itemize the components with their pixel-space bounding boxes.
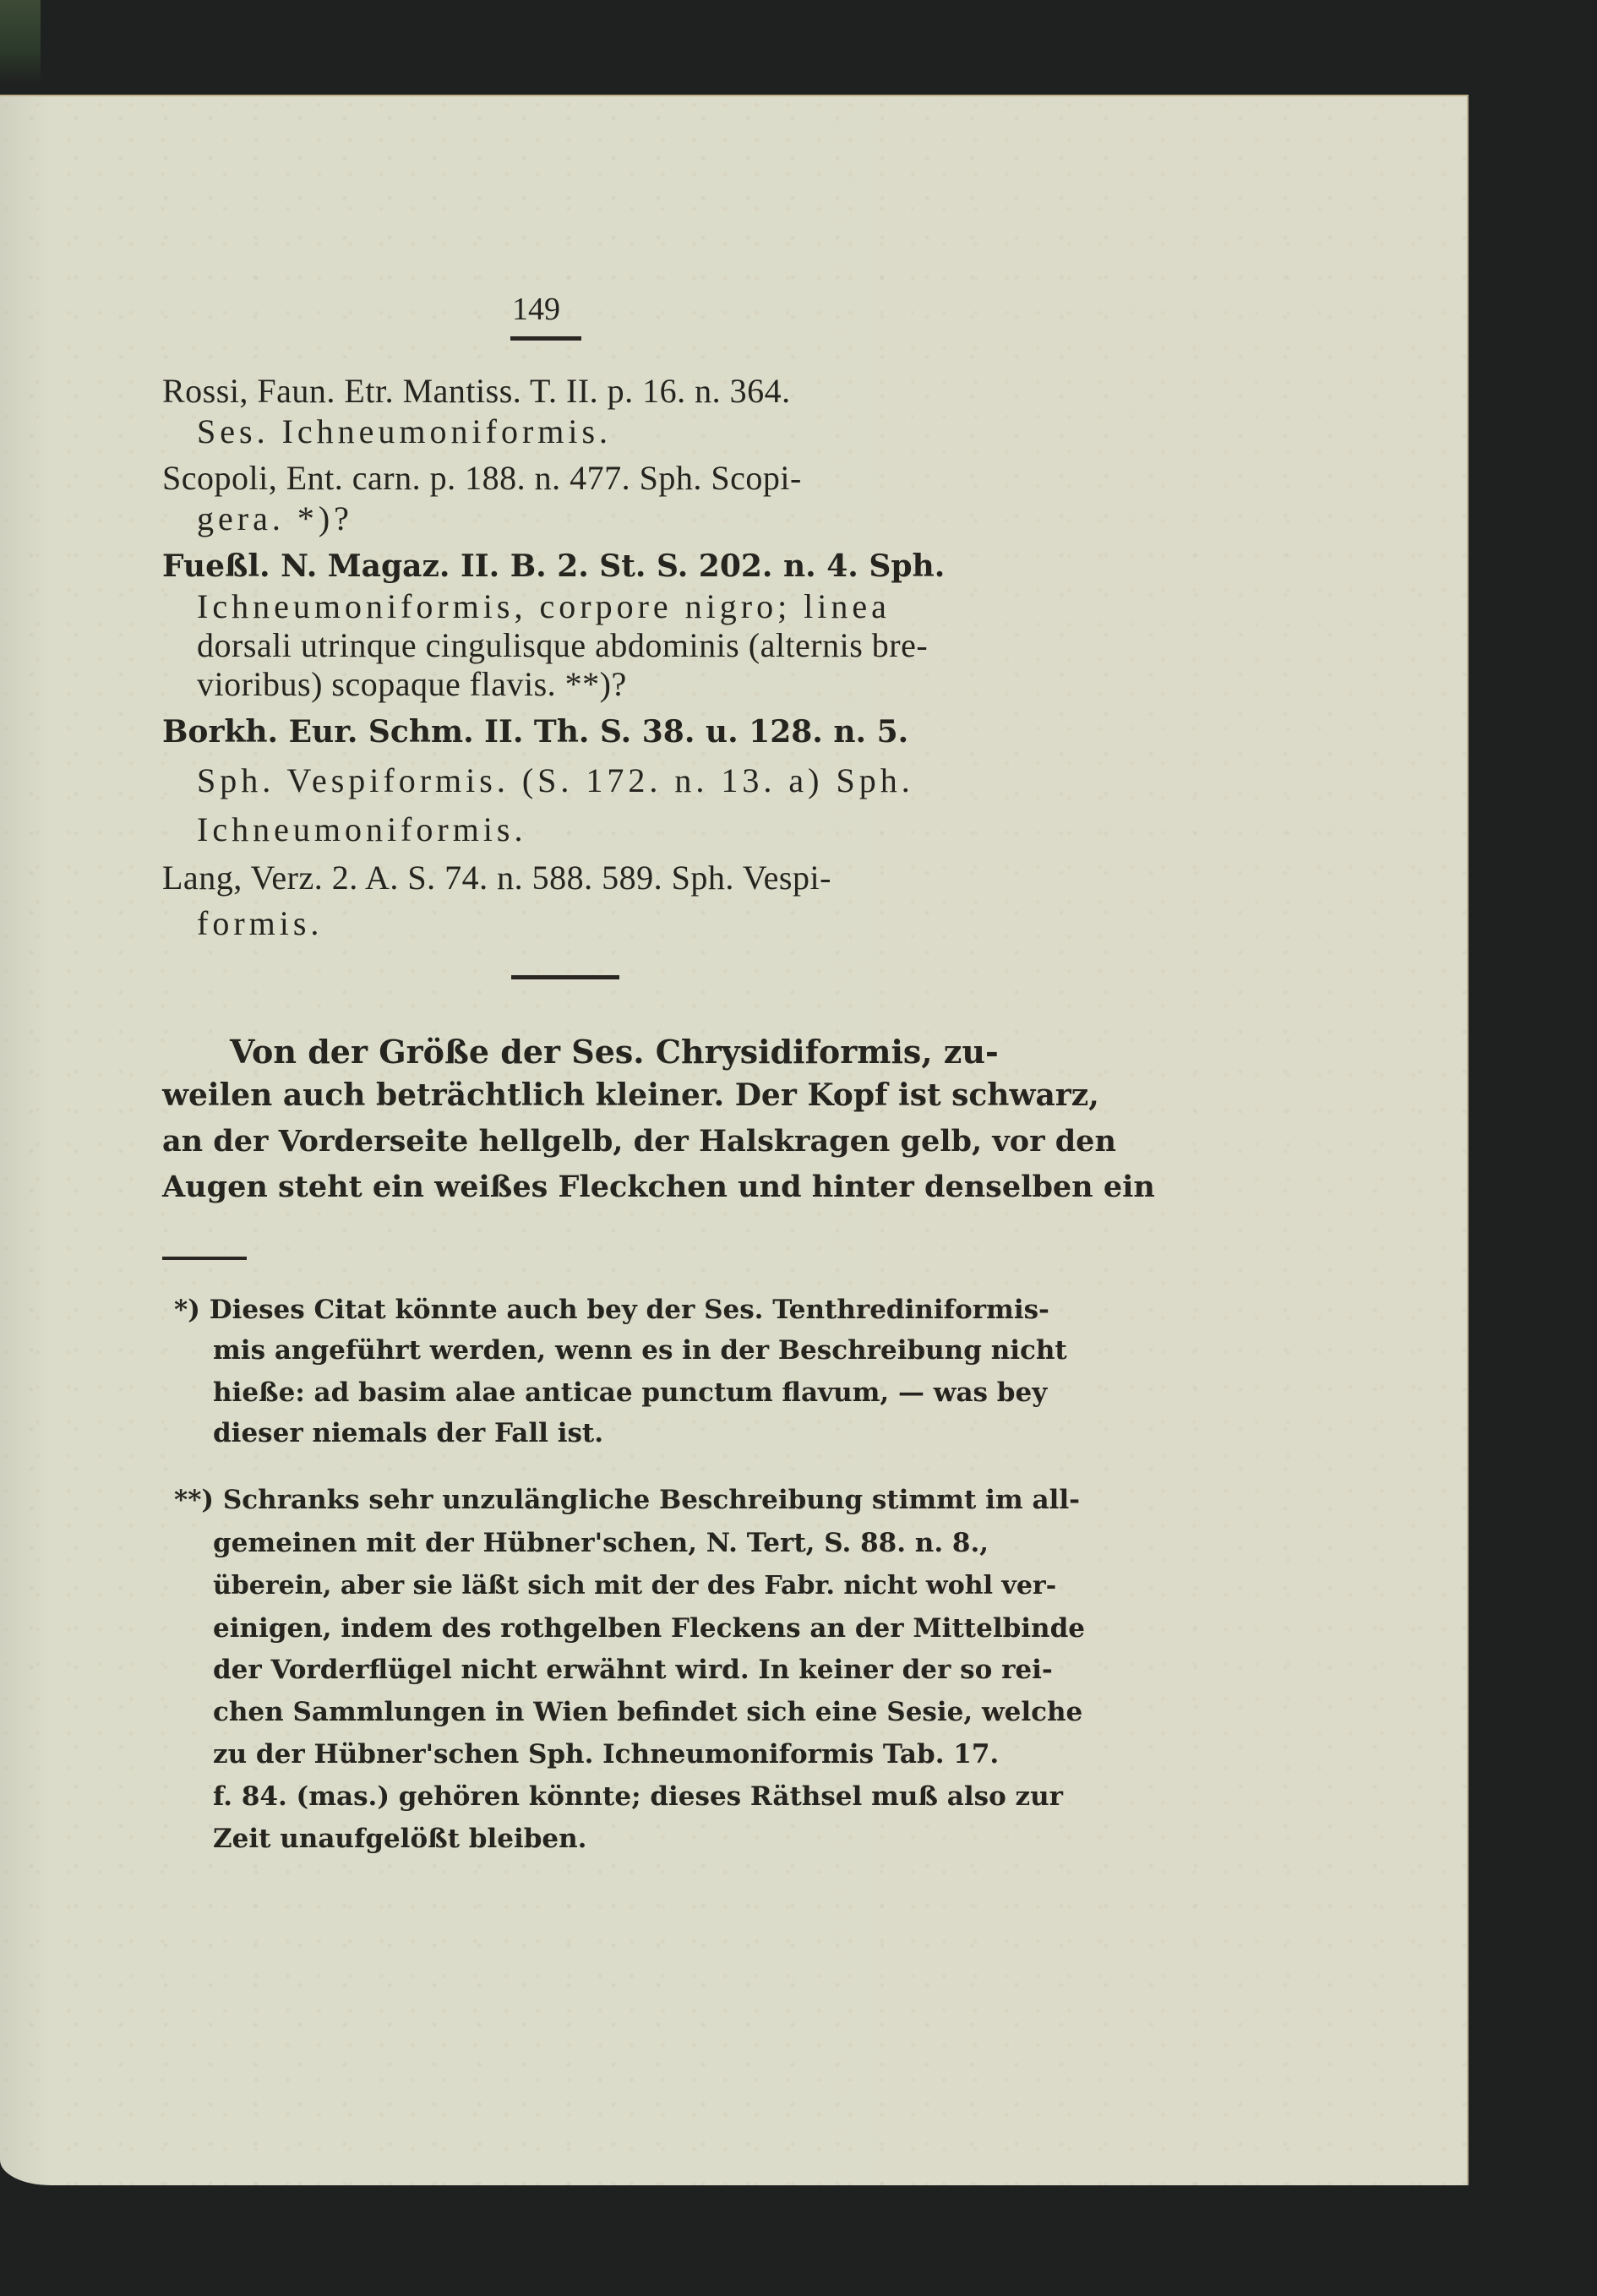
book-page: 149 Rossi, Faun. Etr. Mantiss. T. II. p.… bbox=[0, 95, 1469, 2185]
footnote-2-line-6: chen Sammlungen in Wien befindet sich ei… bbox=[213, 1697, 1082, 1727]
citation-scopoli-line-2: gera. *)? bbox=[197, 499, 353, 538]
footnote-1-text: Dieses Citat könnte auch bey der Ses. Te… bbox=[210, 1295, 1049, 1325]
footnote-2-text: Schranks sehr unzulängliche Beschreibung… bbox=[223, 1485, 1080, 1515]
citation-borkh-line-1: Borkh. Eur. Schm. II. Th. S. 38. u. 128.… bbox=[162, 714, 908, 750]
footnote-1-line-1: *) Dieses Citat könnte auch bey der Ses.… bbox=[174, 1295, 1049, 1325]
book-spine-edge bbox=[0, 0, 41, 85]
citation-lang-line-2: formis. bbox=[197, 903, 323, 943]
footnote-1-line-4: dieser niemals der Fall ist. bbox=[213, 1418, 603, 1448]
citation-rossi-line-1: Rossi, Faun. Etr. Mantiss. T. II. p. 16.… bbox=[162, 371, 791, 411]
footnote-2-line-1: **) Schranks sehr unzulängliche Beschrei… bbox=[174, 1485, 1080, 1515]
footnote-rule bbox=[162, 1257, 247, 1260]
citation-fuessl-line-1: Fueßl. N. Magaz. II. B. 2. St. S. 202. n… bbox=[162, 548, 945, 584]
section-divider bbox=[511, 975, 619, 979]
paragraph-line-1: Von der Größe der Ses. Chrysidiformis, z… bbox=[230, 1033, 999, 1071]
citation-borkh-line-3: Ichneumoniformis. bbox=[197, 810, 527, 849]
citation-fuessl-line-4: vioribus) scopaque flavis. **)? bbox=[197, 664, 627, 704]
page-number: 149 bbox=[512, 291, 560, 328]
footnote-2-line-8: f. 84. (mas.) gehören könnte; dieses Rät… bbox=[213, 1781, 1063, 1812]
footnote-1-marker: *) bbox=[174, 1295, 200, 1325]
footnote-2-line-5: der Vorderflügel nicht erwähnt wird. In … bbox=[213, 1655, 1053, 1685]
citation-lang-line-1: Lang, Verz. 2. A. S. 74. n. 588. 589. Sp… bbox=[162, 858, 831, 897]
paragraph-line-4: Augen steht ein weißes Fleckchen und hin… bbox=[162, 1170, 1155, 1204]
footnote-2-line-4: einigen, indem des rothgelben Fleckens a… bbox=[213, 1613, 1085, 1644]
footnote-1-line-2: mis angeführt werden, wenn es in der Bes… bbox=[213, 1335, 1067, 1366]
paragraph-line-3: an der Vorderseite hellgelb, der Halskra… bbox=[162, 1124, 1116, 1159]
footnote-2-marker: **) bbox=[174, 1485, 214, 1515]
header-rule bbox=[510, 336, 581, 341]
footnote-1-line-3: hieße: ad basim alae anticae punctum fla… bbox=[213, 1377, 1047, 1408]
footnote-2-line-9: Zeit unaufgelößt bleiben. bbox=[213, 1824, 586, 1854]
citation-scopoli-line-1: Scopoli, Ent. carn. p. 188. n. 477. Sph.… bbox=[162, 458, 802, 498]
citation-borkh-line-2: Sph. Vespiformis. (S. 172. n. 13. a) Sph… bbox=[197, 761, 914, 800]
citation-fuessl-line-3: dorsali utrinque cingulisque abdominis (… bbox=[197, 625, 928, 665]
footnote-2-line-3: überein, aber sie läßt sich mit der des … bbox=[213, 1571, 1056, 1601]
footnote-2-line-7: zu der Hübner'schen Sph. Ichneumoniformi… bbox=[213, 1739, 999, 1770]
footnote-2-line-2: gemeinen mit der Hübner'schen, N. Tert, … bbox=[213, 1528, 989, 1558]
paragraph-line-2: weilen auch beträchtlich kleiner. Der Ko… bbox=[162, 1077, 1099, 1113]
citation-rossi-line-2: Ses. Ichneumoniformis. bbox=[197, 412, 612, 451]
citation-fuessl-line-2: Ichneumoniformis, corpore nigro; linea bbox=[197, 586, 891, 626]
